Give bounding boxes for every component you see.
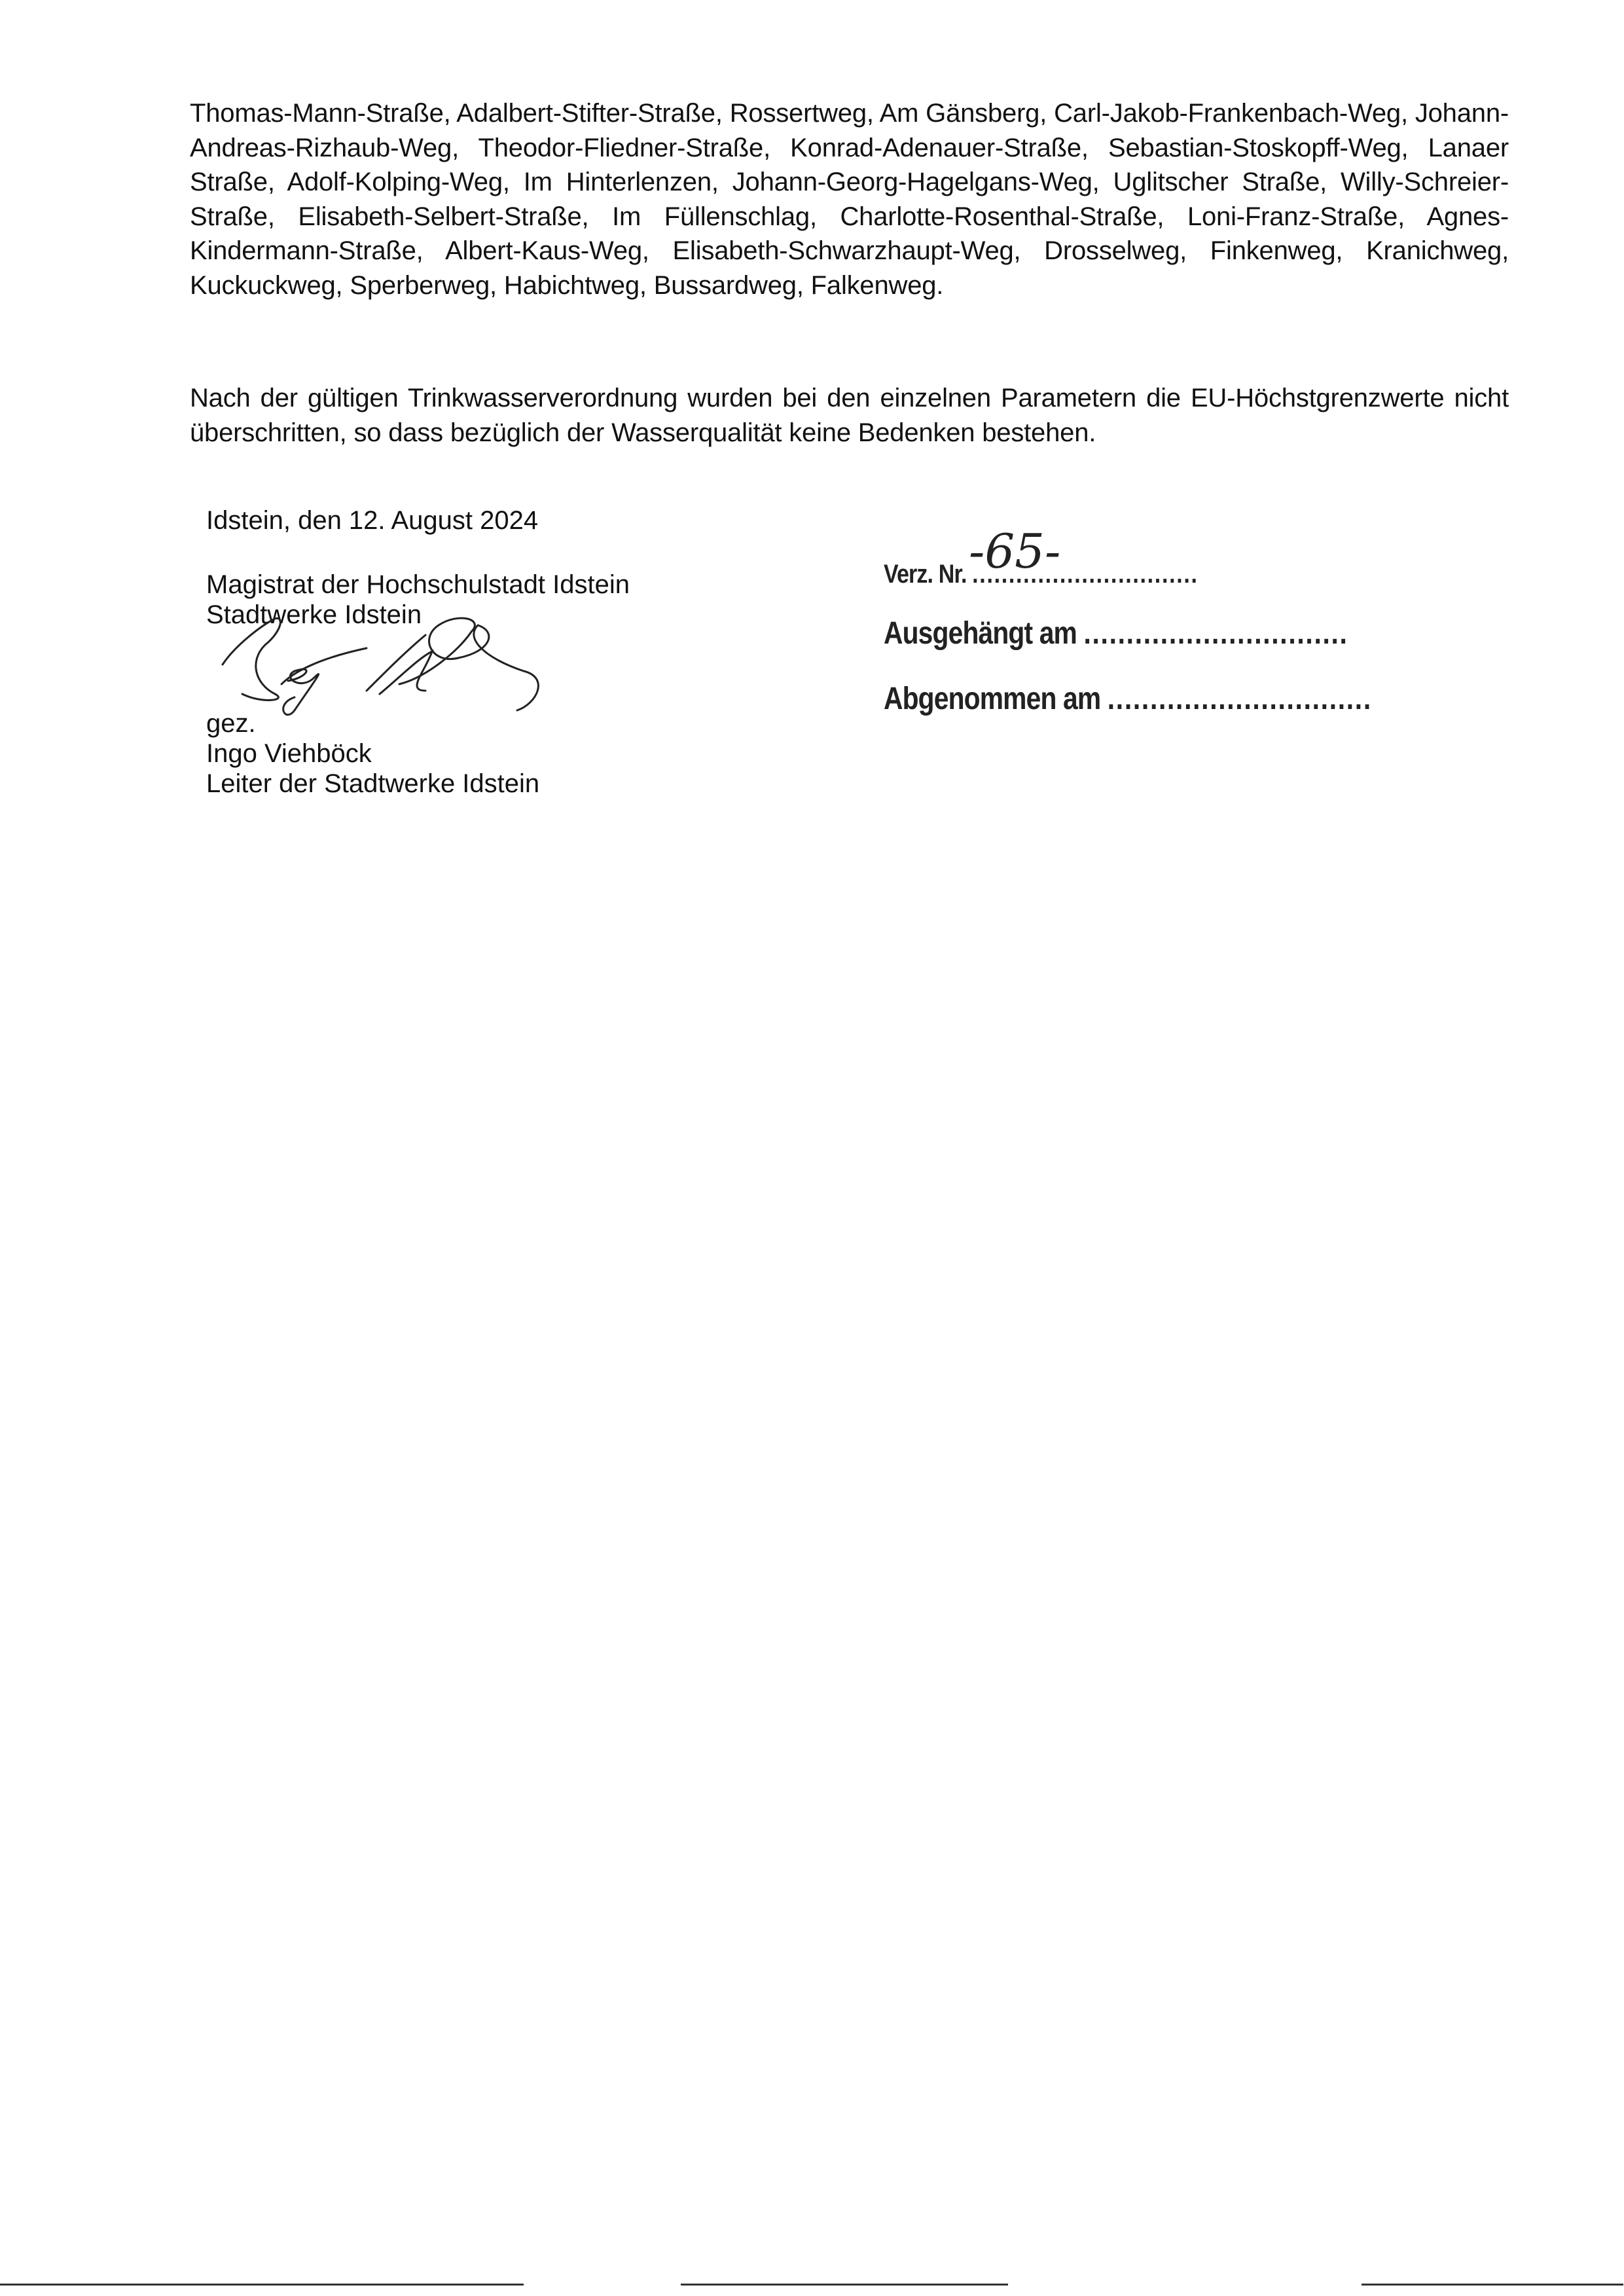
stamp-removed-label: Abgenommen am — [884, 682, 1100, 716]
stamp-nr-dots: ............................... — [972, 560, 1199, 589]
handwritten-signature — [209, 612, 615, 723]
water-quality-paragraph: Nach der gültigen Trinkwasserverordnung … — [190, 381, 1509, 450]
signed-abbreviation: gez. — [206, 708, 539, 738]
stamp-posted-label: Ausgehängt am — [884, 616, 1077, 651]
stamp-nr-label: Verz. Nr. — [884, 560, 967, 589]
signed-by-block: gez. Ingo Viehböck Leiter der Stadtwerke… — [206, 708, 539, 799]
signer-name: Ingo Viehböck — [206, 738, 539, 769]
stamp-register-number: Verz. Nr. ..............................… — [884, 560, 1199, 589]
scan-artifact-line — [681, 2284, 1008, 2286]
date-line: Idstein, den 12. August 2024 — [206, 505, 538, 536]
stamp-removed-dots: ............................... — [1108, 682, 1372, 716]
office-line-1: Magistrat der Hochschulstadt Idstein — [206, 570, 630, 600]
scan-artifact-line — [0, 2284, 524, 2286]
stamp-posted-on: Ausgehängt am ..........................… — [884, 615, 1348, 651]
stamp-posted-dots: ............................... — [1083, 616, 1348, 651]
signer-title: Leiter der Stadtwerke Idstein — [206, 769, 539, 799]
streets-paragraph: Thomas-Mann-Straße, Adalbert-Stifter-Str… — [190, 96, 1509, 302]
stamp-removed-on: Abgenommen am ..........................… — [884, 681, 1372, 717]
scan-artifact-line — [1362, 2284, 1623, 2286]
